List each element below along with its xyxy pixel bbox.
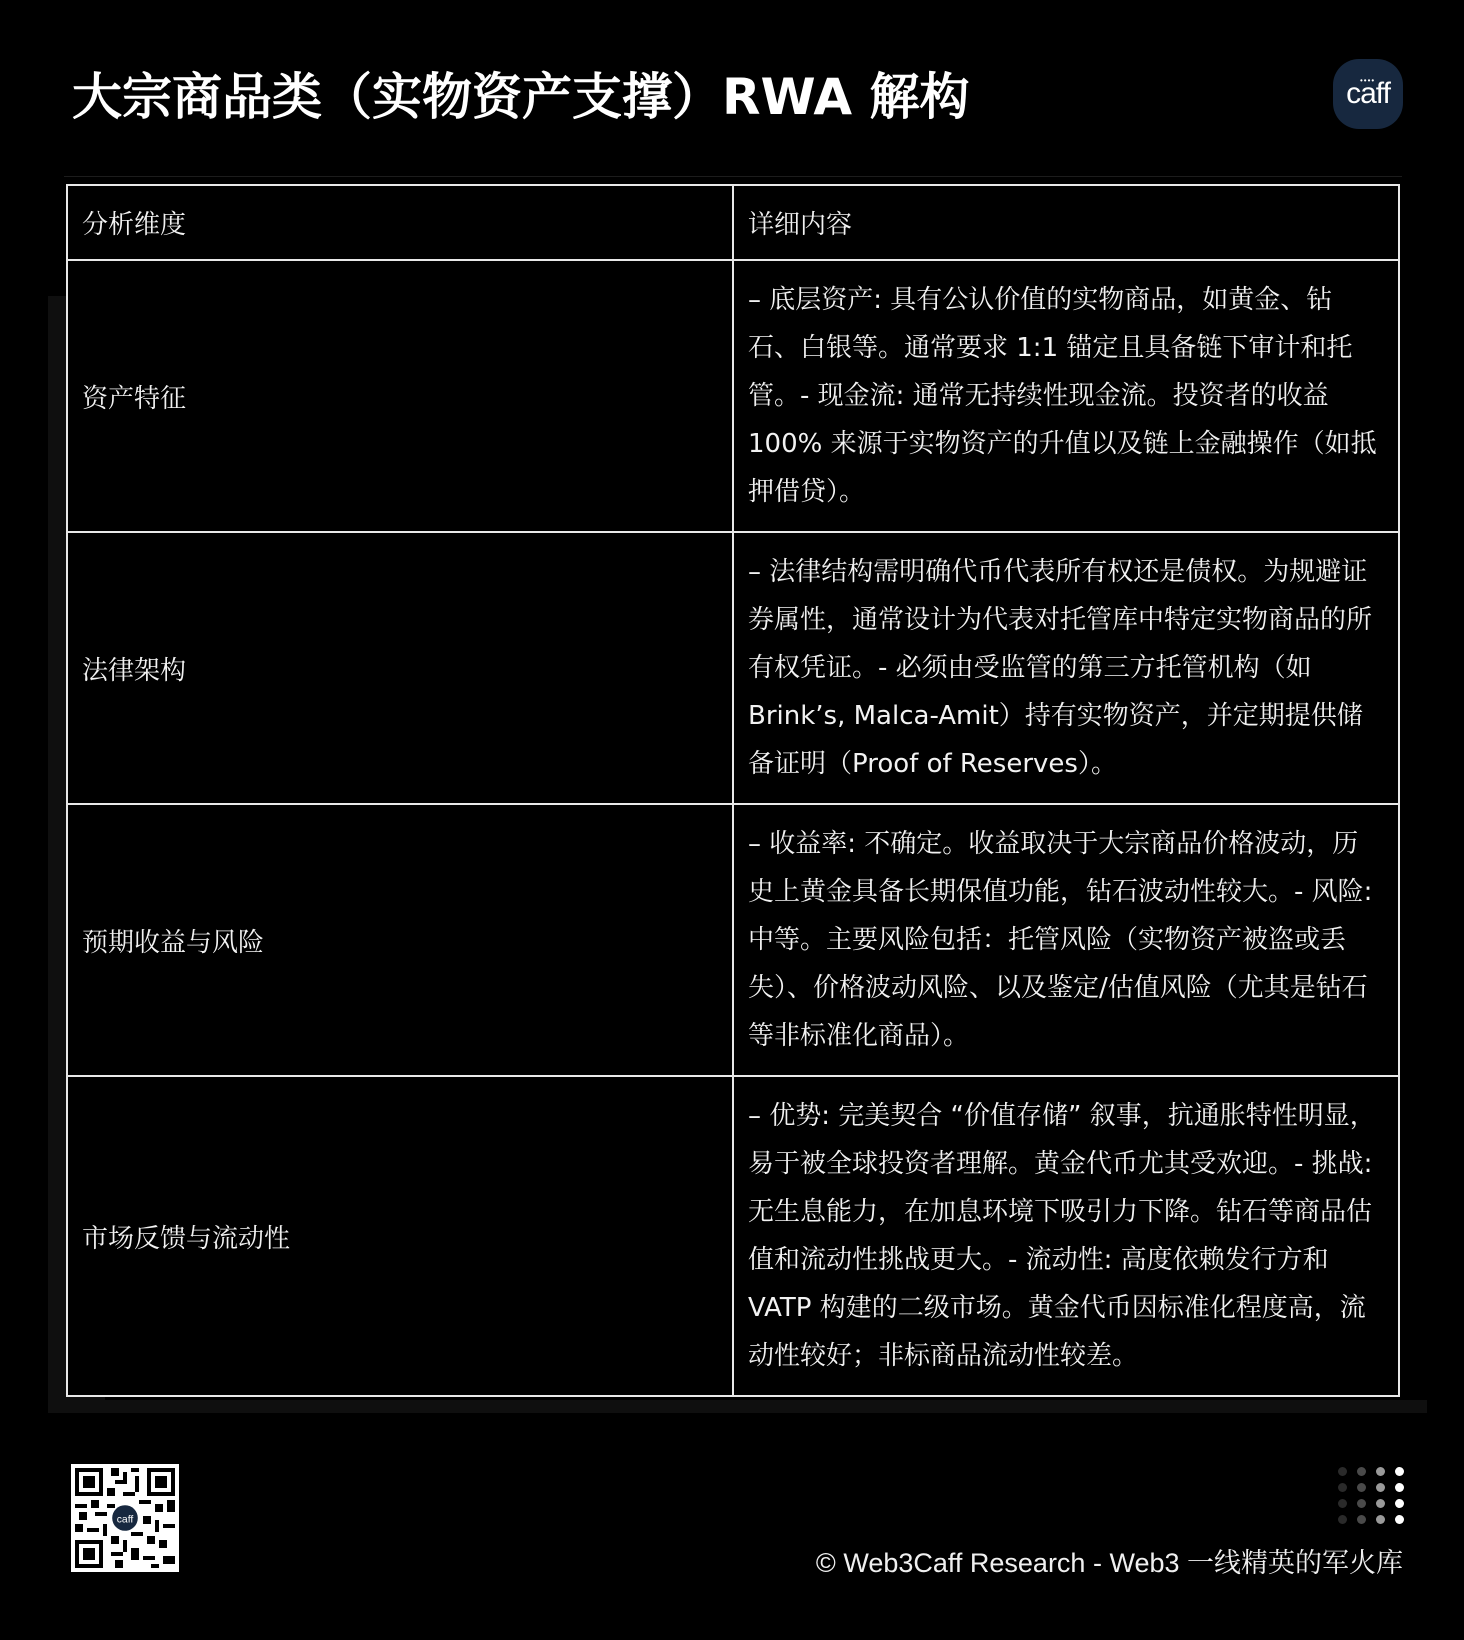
table-row: 资产特征 – 底层资产: 具有公认价值的实物商品，如黄金、钻石、白银等。通常要求… — [67, 260, 1399, 532]
logo-dots-icon: •••• — [1360, 76, 1375, 85]
page-title: 大宗商品类（实物资产支撑）RWA 解构 — [72, 62, 970, 132]
analysis-table: 分析维度 详细内容 资产特征 – 底层资产: 具有公认价值的实物商品，如黄金、钻… — [66, 184, 1400, 1397]
table-row: 预期收益与风险 – 收益率: 不确定。收益取决于大宗商品价格波动，历史上黄金具备… — [67, 804, 1399, 1076]
column-header-detail: 详细内容 — [733, 185, 1399, 260]
table-row: 法律架构 – 法律结构需明确代币代表所有权还是债权。为规避证券属性，通常设计为代… — [67, 532, 1399, 804]
footer-copyright: © Web3Caff Research - Web3 一线精英的军火库 — [816, 1541, 1403, 1580]
detail-cell: – 法律结构需明确代币代表所有权还是债权。为规避证券属性，通常设计为代表对托管库… — [733, 532, 1399, 804]
table-row: 市场反馈与流动性 – 优势: 完美契合 “价值存储” 叙事，抗通胀特性明显，易于… — [67, 1076, 1399, 1396]
table-header-row: 分析维度 详细内容 — [67, 185, 1399, 260]
svg-text:caff: caff — [117, 1514, 134, 1525]
dimension-cell: 市场反馈与流动性 — [67, 1076, 733, 1396]
dimension-cell: 资产特征 — [67, 260, 733, 532]
detail-cell: – 优势: 完美契合 “价值存储” 叙事，抗通胀特性明显，易于被全球投资者理解。… — [733, 1076, 1399, 1396]
qr-code[interactable]: caff — [71, 1464, 179, 1572]
caff-logo: •••• caff — [1333, 59, 1403, 129]
header-divider — [64, 176, 1402, 177]
qr-code-icon: caff — [71, 1464, 179, 1572]
column-header-dimension: 分析维度 — [67, 185, 733, 260]
dimension-cell: 预期收益与风险 — [67, 804, 733, 1076]
decorative-dots-icon — [1338, 1467, 1404, 1524]
dimension-cell: 法律架构 — [67, 532, 733, 804]
detail-cell: – 收益率: 不确定。收益取决于大宗商品价格波动，历史上黄金具备长期保值功能，钻… — [733, 804, 1399, 1076]
detail-cell: – 底层资产: 具有公认价值的实物商品，如黄金、钻石、白银等。通常要求 1:1 … — [733, 260, 1399, 532]
